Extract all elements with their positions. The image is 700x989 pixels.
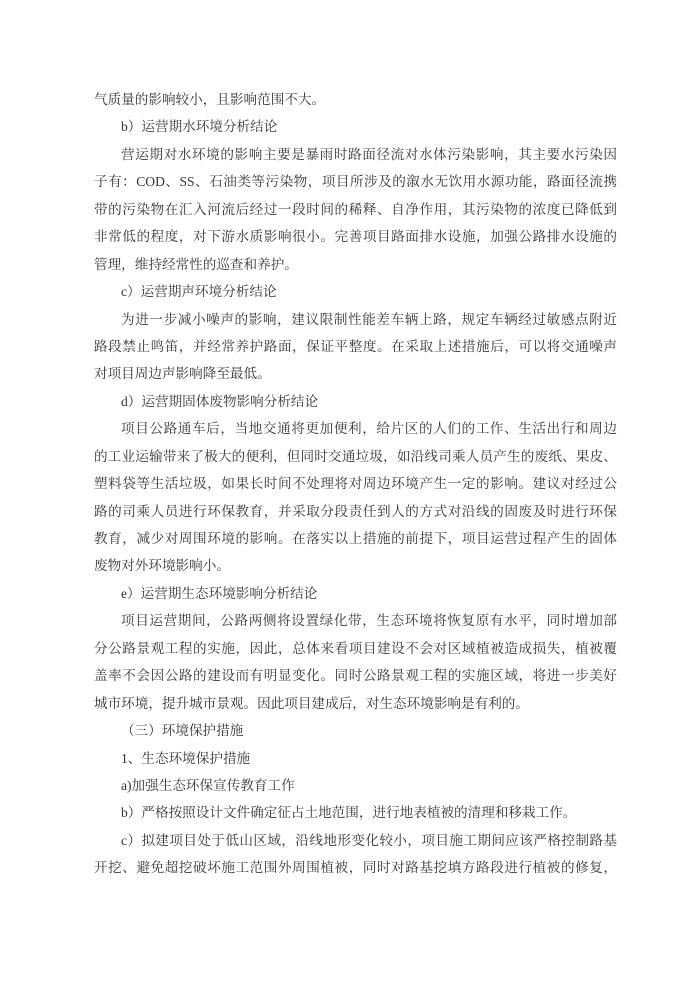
document-page: 气质量的影响较小，且影响范围不大。b）运营期水环境分析结论营运期对水环境的影响主… [0, 0, 700, 989]
document-text-block: 气质量的影响较小，且影响范围不大。b）运营期水环境分析结论营运期对水环境的影响主… [94, 86, 617, 882]
text-line-21: 分公路景观工程的实施，因此，总体来看项目建设不会对区域植被造成损失，植被覆 [94, 635, 617, 662]
text-line-2: b）运营期水环境分析结论 [94, 113, 617, 140]
text-line-5: 带的污染物在汇入河流后经过一段时间的稀释、自净作用，其污染物的浓度已降低到 [94, 196, 617, 223]
text-line-20: 项目运营期间，公路两侧将设置绿化带，生态环境将恢复原有水平，同时增加部 [94, 607, 617, 634]
text-line-11: 对项目周边声影响降至最低。 [94, 360, 617, 387]
text-line-4: 子有：COD、SS、石油类等污染物，项目所涉及的溆水无饮用水源功能，路面径流携 [94, 168, 617, 195]
text-line-1: 气质量的影响较小，且影响范围不大。 [94, 86, 617, 113]
text-line-28: c）拟建项目处于低山区域，沿线地形变化较小，项目施工期间应该严格控制路基 [94, 827, 617, 854]
text-line-29: 开挖、避免超挖破坏施工范围外周围植被，同时对路基挖填方路段进行植被的修复， [94, 854, 617, 881]
text-line-6: 非常低的程度，对下游水质影响很小。完善项目路面排水设施，加强公路排水设施的 [94, 223, 617, 250]
text-line-23: 城市环境，提升城市景观。因此项目建成后，对生态环境影响是有利的。 [94, 690, 617, 717]
text-line-10: 路段禁止鸣笛，并经常养护路面，保证平整度。在采取上述措施后，可以将交通噪声 [94, 333, 617, 360]
text-line-24: （三）环境保护措施 [94, 717, 617, 744]
text-line-25: 1、生态环境保护措施 [94, 745, 617, 772]
text-line-14: 的工业运输带来了极大的便利，但同时交通垃圾，如沿线司乘人员产生的废纸、果皮、 [94, 443, 617, 470]
text-line-22: 盖率不会因公路的建设而有明显变化。同时公路景观工程的实施区域，将进一步美好 [94, 662, 617, 689]
text-line-8: c）运营期声环境分析结论 [94, 278, 617, 305]
text-line-17: 教育，减少对周围环境的影响。在落实以上措施的前提下，项目运营过程产生的固体 [94, 525, 617, 552]
text-line-27: b）严格按照设计文件确定征占土地范围，进行地表植被的清理和移栽工作。 [94, 799, 617, 826]
text-line-13: 项目公路通车后，当地交通将更加便利，给片区的人们的工作、生活出行和周边 [94, 415, 617, 442]
text-line-15: 塑料袋等生活垃圾，如果长时间不处理将对周边环境产生一定的影响。建议对经过公 [94, 470, 617, 497]
text-line-18: 废物对外环境影响小。 [94, 552, 617, 579]
text-line-7: 管理，维持经常性的巡查和养护。 [94, 251, 617, 278]
text-line-16: 路的司乘人员进行环保教育，并采取分段责任到人的方式对沿线的固废及时进行环保 [94, 498, 617, 525]
text-line-26: a)加强生态环保宣传教育工作 [94, 772, 617, 799]
text-line-12: d）运营期固体废物影响分析结论 [94, 388, 617, 415]
text-line-3: 营运期对水环境的影响主要是暴雨时路面径流对水体污染影响，其主要水污染因 [94, 141, 617, 168]
text-line-19: e）运营期生态环境影响分析结论 [94, 580, 617, 607]
text-line-9: 为进一步减小噪声的影响，建议限制性能差车辆上路，规定车辆经过敏感点附近 [94, 306, 617, 333]
